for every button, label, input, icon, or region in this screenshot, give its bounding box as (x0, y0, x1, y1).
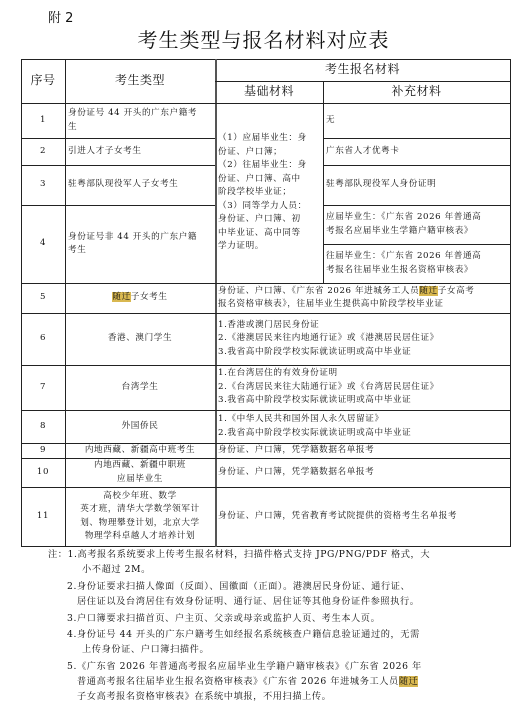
highlight-mark: 随迁 (112, 292, 130, 302)
header-seq: 序号 (21, 59, 65, 103)
note-2: 2.身份证要求扫描人像面（反面）、国徽面（正面）。港澳居民身份证、通行证、 (67, 579, 410, 594)
header-supplementary: 补充材料 (323, 81, 510, 103)
table-border (510, 59, 511, 547)
row-8-materials: 1.《中华人民共和国外国人永久居留证》2.我省高中阶段学校实际就读证明或高中毕业… (215, 410, 510, 443)
column-divider (215, 59, 217, 547)
note-1: 注：1.高考报名系统要求上传考生报名材料，扫描件格式支持 JPG/PNG/PDF… (48, 547, 430, 562)
row-2-type: 引进人才子女考生 (65, 138, 215, 165)
table-border (21, 59, 22, 547)
row-8-type: 外国侨民 (65, 410, 215, 443)
row-6-type: 香港、澳门学生 (65, 313, 215, 365)
row-4-seq: 4 (21, 205, 65, 283)
note-4: 4.身份证号 44 开头的广东户籍考生如经报名系统核查户籍信息验证通过的，无需 (67, 627, 420, 642)
row-divider (21, 313, 511, 314)
row-1-supplementary: 无 (323, 103, 510, 138)
row-divider (323, 165, 511, 166)
highlight-mark: 随迁 (419, 286, 437, 296)
row-4-type: 身份证号非 44 开头的广东户籍考生 (65, 205, 215, 283)
row-8-seq: 8 (21, 410, 65, 443)
row-5-materials: 身份证、户口簿、《广东省 2026 年进城务工人员随迁子女高考 报名资格审核表》… (215, 283, 510, 313)
row-5-type: 随迁子女考生 (65, 283, 215, 313)
row-divider (323, 205, 511, 206)
row-4-supplementary-current: 应届毕业生：《广东省 2026 年普通高考报名应届毕业生学籍户籍审核表》 (323, 205, 510, 244)
row-10-materials: 身份证、户口簿，凭学籍数据名单报考 (215, 458, 510, 487)
row-9-type: 内地西藏、新疆高中班考生 (65, 443, 215, 458)
highlight-mark: 随迁 (399, 676, 419, 687)
header-basic: 基础材料 (215, 81, 323, 103)
column-divider (323, 81, 324, 283)
row-divider (21, 138, 215, 139)
row-11-seq: 11 (21, 487, 65, 546)
basic-materials-rows-1-4: （1）应届毕业生：身 份证、户口簿； （2）往届毕业生：身 份证、户口簿、高中 … (215, 103, 323, 283)
row-3-seq: 3 (21, 165, 65, 205)
row-10-type: 内地西藏、新疆中职班应届毕业生 (65, 458, 215, 487)
row-2-seq: 2 (21, 138, 65, 165)
row-7-materials: 1.在台湾居住的有效身份证明2.《台湾居民来往大陆通行证》或《台湾居民居住证》3… (215, 365, 510, 410)
row-divider (215, 81, 510, 82)
row-9-materials: 身份证、户口簿，凭学籍数据名单报考 (215, 443, 510, 458)
row-6-materials: 1.香港或澳门居民身份证2.《港澳居民来往内地通行证》或《港澳居民居住证》3.我… (215, 313, 510, 365)
row-10-seq: 10 (21, 458, 65, 487)
note-3: 3.户口簿要求扫描首页、户主页、父亲或母亲或监护人页、考生本人页。 (67, 611, 380, 626)
header-materials: 考生报名材料 (215, 59, 510, 81)
row-9-seq: 9 (21, 443, 65, 458)
row-divider (323, 244, 511, 245)
row-divider (21, 410, 511, 411)
row-5-seq: 5 (21, 283, 65, 313)
row-4-supplementary-previous: 往届毕业生：《广东省 2026 年普通高考报名往届毕业生报名资格审核表》 (323, 244, 510, 283)
row-11-type: 高校少年班、数学英才班，清华大学数学领军计划、物理攀登计划，北京大学物理学科卓越… (65, 487, 215, 546)
row-11-materials: 身份证、户口簿，凭省教育考试院提供的资格考生名单报考 (215, 487, 510, 546)
row-divider (21, 103, 511, 104)
row-divider (21, 283, 511, 284)
row-divider (21, 165, 215, 166)
row-7-type: 台湾学生 (65, 365, 215, 410)
row-3-type: 驻粤部队现役军人子女考生 (65, 165, 215, 205)
table-border (21, 59, 511, 60)
row-2-supplementary: 广东省人才优粤卡 (323, 138, 510, 165)
row-1-seq: 1 (21, 103, 65, 138)
note-5: 5.《广东省 2026 年普通高考报名应届毕业生学籍户籍审核表》《广东省 202… (67, 659, 422, 674)
row-7-seq: 7 (21, 365, 65, 410)
row-divider (323, 138, 511, 139)
row-1-type: 身份证号 44 开头的广东户籍考生 (65, 103, 215, 138)
row-divider (21, 205, 215, 206)
row-divider (21, 487, 511, 488)
row-divider (21, 458, 511, 459)
row-3-supplementary: 驻粤部队现役军人身份证明 (323, 165, 510, 205)
column-divider (65, 59, 66, 547)
row-divider (21, 443, 511, 444)
page-title: 考生类型与报名材料对应表 (0, 24, 527, 53)
header-type: 考生类型 (65, 59, 215, 103)
row-6-seq: 6 (21, 313, 65, 365)
row-divider (21, 365, 511, 366)
